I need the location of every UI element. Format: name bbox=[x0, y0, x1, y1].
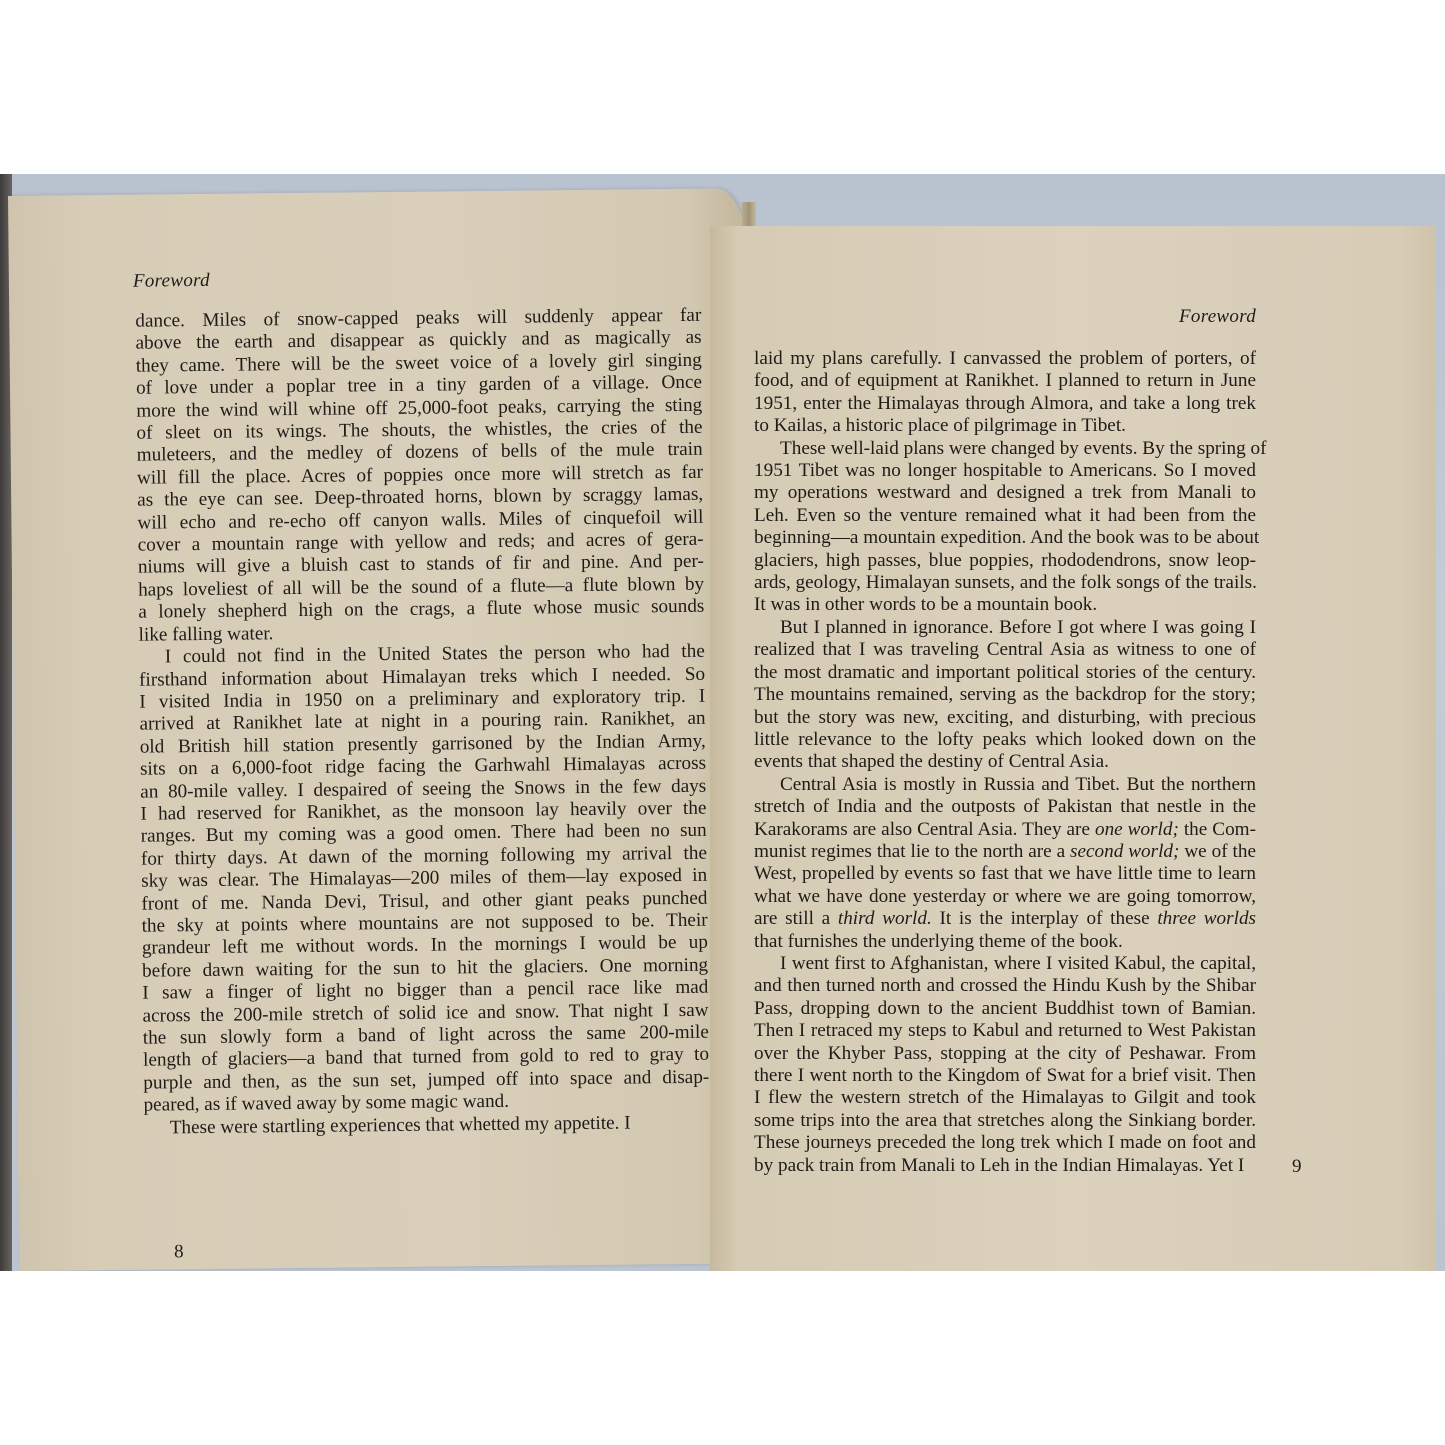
text-line: that furnishes the underlying theme of t… bbox=[754, 931, 1256, 953]
text-line: 1951 Tibet was no longer hospitable to A… bbox=[754, 460, 1256, 482]
page-number-left: 8 bbox=[174, 1241, 184, 1263]
text-line: Pass, dropping down to the ancient Buddh… bbox=[754, 998, 1256, 1020]
text-line: 1951, enter the Himalayas through Almora… bbox=[754, 393, 1256, 415]
text-line: the most dramatic and important politica… bbox=[754, 662, 1256, 684]
text-line: little relevance to the lofty peaks whic… bbox=[754, 729, 1256, 751]
text-line: over the Khyber Pass, stopping at the ci… bbox=[754, 1043, 1256, 1065]
text-line: are still a third world. It is the inter… bbox=[754, 908, 1256, 930]
text-line: beginning—a mountain expedition. And the… bbox=[754, 527, 1256, 549]
right-page-text: laid my plans carefully. I canvassed the… bbox=[754, 348, 1256, 1177]
text-line: Karakorams are also Central Asia. They a… bbox=[754, 819, 1256, 841]
text-line: events that shaped the destiny of Centra… bbox=[754, 751, 1256, 773]
running-head-right: Foreword bbox=[1179, 306, 1256, 328]
text-line: I went first to Afghanistan, where I vis… bbox=[754, 953, 1256, 975]
text-line: These journeys preceded the long trek wh… bbox=[754, 1132, 1256, 1154]
text-line: glaciers, high passes, blue poppies, rho… bbox=[754, 550, 1256, 572]
text-line: laid my plans carefully. I canvassed the… bbox=[754, 348, 1256, 370]
text-line: by pack train from Manali to Leh in the … bbox=[754, 1155, 1256, 1177]
text-line: It was in other words to be a mountain b… bbox=[754, 594, 1256, 616]
text-line: realized that I was traveling Central As… bbox=[754, 639, 1256, 661]
text-line: what we have done yesterday or where we … bbox=[754, 886, 1256, 908]
text-line: ards, geology, Himalayan sunsets, and th… bbox=[754, 572, 1256, 594]
page-number-right: 9 bbox=[1292, 1156, 1302, 1178]
text-line: Central Asia is mostly in Russia and Tib… bbox=[754, 774, 1256, 796]
text-line: West, propelled by events so fast that w… bbox=[754, 863, 1256, 885]
text-line: stretch of India and the outposts of Pak… bbox=[754, 796, 1256, 818]
text-line: The mountains remained, serving as the b… bbox=[754, 684, 1256, 706]
text-line: These well-laid plans were changed by ev… bbox=[754, 438, 1256, 460]
text-line: and then turned north and crossed the Hi… bbox=[754, 975, 1256, 997]
text-line: munist regimes that lie to the north are… bbox=[754, 841, 1256, 863]
text-line: But I planned in ignorance. Before I got… bbox=[754, 617, 1256, 639]
left-page-text: dance. Miles of snow-capped peaks will s… bbox=[135, 305, 710, 1140]
text-line: my operations westward and designed a tr… bbox=[754, 482, 1256, 504]
right-page: Foreword laid my plans carefully. I canv… bbox=[710, 226, 1436, 1271]
text-line: to Kailas, a historic place of pilgrimag… bbox=[754, 415, 1256, 437]
text-line: Leh. Even so the venture remained what i… bbox=[754, 505, 1256, 527]
text-line: I flew the western stretch of the Himala… bbox=[754, 1087, 1256, 1109]
text-line: but the story was new, exciting, and dis… bbox=[754, 707, 1256, 729]
running-head-left: Foreword bbox=[133, 270, 210, 293]
text-line: some trips into the area that stretches … bbox=[754, 1110, 1256, 1132]
book-photo: Foreword dance. Miles of snow-capped pea… bbox=[0, 174, 1445, 1271]
text-line: food, and of equipment at Ranikhet. I pl… bbox=[754, 370, 1256, 392]
text-line: Then I retraced my steps to Kabul and re… bbox=[754, 1020, 1256, 1042]
text-line: there I went north to the Kingdom of Swa… bbox=[754, 1065, 1256, 1087]
left-page: Foreword dance. Miles of snow-capped pea… bbox=[8, 188, 757, 1271]
